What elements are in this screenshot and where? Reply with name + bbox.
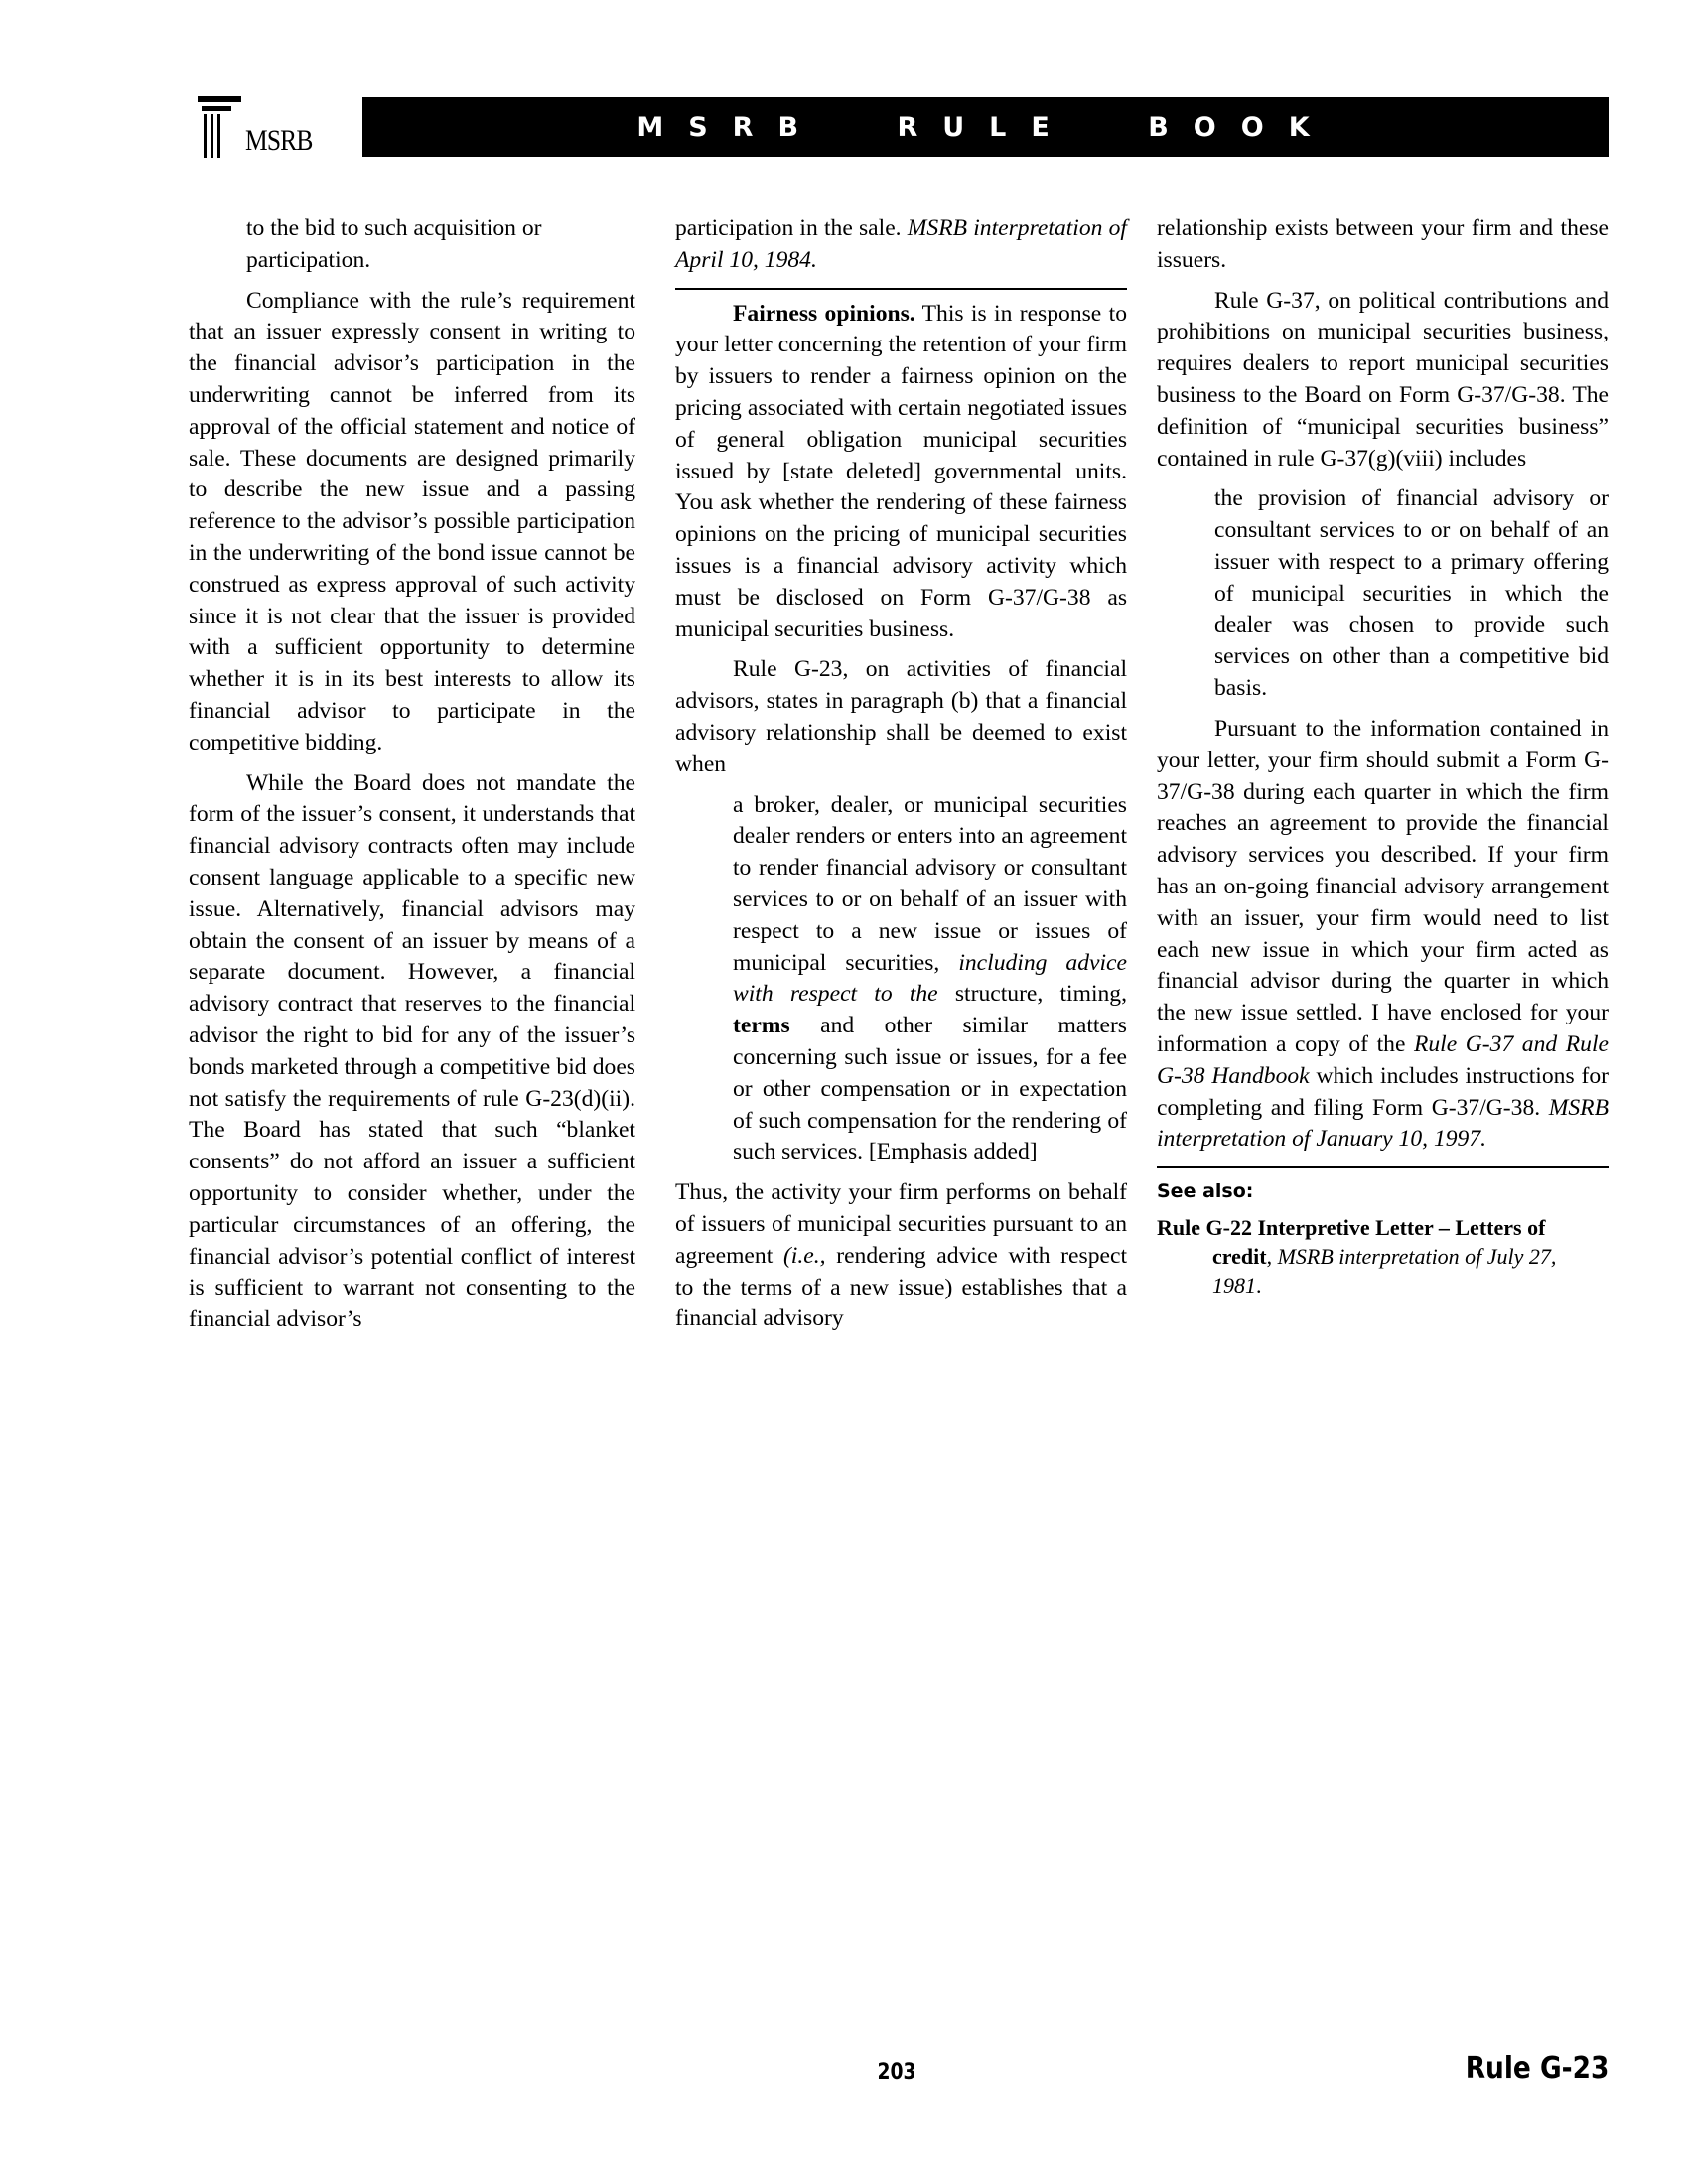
page-number: 203 bbox=[877, 2060, 915, 2085]
paragraph: While the Board does not mandate the for… bbox=[189, 768, 635, 1336]
text: structure, timing, bbox=[938, 981, 1127, 1007]
paragraph: participation in the sale. MSRB interpre… bbox=[675, 213, 1127, 277]
see-also-label: See also: bbox=[1157, 1177, 1609, 1205]
column-2: participation in the sale. MSRB interpre… bbox=[675, 213, 1127, 1335]
section-divider bbox=[1157, 1166, 1609, 1168]
paragraph: relationship exists between your firm an… bbox=[1157, 213, 1609, 277]
paragraph: Fairness opinions. This is in response t… bbox=[675, 299, 1127, 646]
paragraph: to the bid to such acquisition or partic… bbox=[189, 213, 635, 277]
section-heading: Fairness opinions. bbox=[733, 301, 915, 327]
text: Pursuant to the information contained in… bbox=[1157, 716, 1609, 1057]
column-shaft-icon bbox=[217, 114, 220, 158]
text: participation in the sale. bbox=[675, 215, 908, 241]
text: and other similar matters concerning suc… bbox=[733, 1013, 1127, 1164]
column-shaft-icon bbox=[204, 114, 207, 158]
emphasis: terms bbox=[733, 1013, 790, 1038]
msrb-logo: MSRB bbox=[194, 94, 333, 159]
column-capital-icon bbox=[198, 96, 241, 102]
header-banner: MSRB RULE BOOK bbox=[362, 97, 1609, 157]
block-quote: the provision of financial advisory or c… bbox=[1157, 483, 1609, 705]
text: . bbox=[1256, 1273, 1262, 1297]
text: This is in response to your letter conce… bbox=[675, 301, 1127, 642]
paragraph: Rule G-37, on political contributions an… bbox=[1157, 286, 1609, 476]
paragraph: Rule G-23, on activities of financial ad… bbox=[675, 654, 1127, 780]
rule-label: Rule G-23 bbox=[1465, 2051, 1609, 2086]
paragraph: Thus, the activity your firm performs on… bbox=[675, 1177, 1127, 1335]
block-quote: a broker, dealer, or municipal securitie… bbox=[675, 790, 1127, 1169]
logo-text: MSRB bbox=[245, 124, 312, 158]
text: , bbox=[1267, 1244, 1278, 1269]
banner-title: MSRB RULE BOOK bbox=[636, 112, 1334, 143]
see-also-reference[interactable]: Rule G-22 Interpretive Letter – Letters … bbox=[1157, 1213, 1609, 1299]
emphasis: (i.e., bbox=[783, 1243, 826, 1269]
paragraph: Compliance with the rule’s requirement t… bbox=[189, 286, 635, 759]
paragraph: Pursuant to the information contained in… bbox=[1157, 714, 1609, 1156]
column-capital-icon bbox=[202, 106, 231, 111]
page-header: MSRB MSRB RULE BOOK bbox=[194, 94, 1609, 159]
text: a broker, dealer, or municipal securitie… bbox=[733, 792, 1127, 976]
section-divider bbox=[675, 288, 1127, 290]
column-3: relationship exists between your firm an… bbox=[1157, 213, 1609, 1299]
column-shaft-icon bbox=[211, 114, 213, 158]
column-1: to the bid to such acquisition or partic… bbox=[189, 213, 635, 1336]
